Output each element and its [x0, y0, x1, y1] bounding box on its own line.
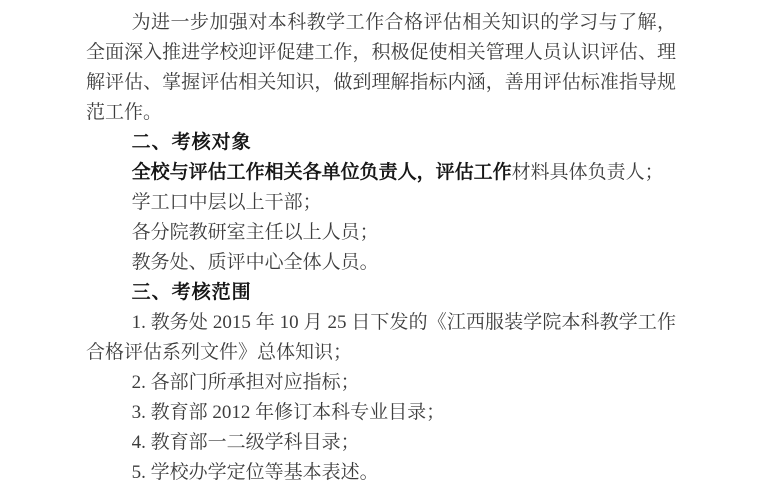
section-3-item-3: 3. 教育部 2012 年修订本科专业目录； — [86, 398, 676, 428]
section-2-responsible-normal-run: 材料具体负责人； — [512, 162, 664, 183]
section-2-heading: 二、考核对象 — [86, 128, 676, 158]
section-2-item-3: 教务处、质评中心全体人员。 — [86, 248, 676, 278]
section-2-item-1: 学工口中层以上干部； — [86, 188, 676, 218]
section-2-responsible-bold-run: 全校与评估工作相关各单位负责人，评估工作 — [132, 162, 512, 183]
section-3-item-1: 1. 教务处 2015 年 10 月 25 日下发的《江西服装学院本科教学工作合… — [86, 308, 676, 368]
section-3-item-2: 2. 各部门所承担对应指标； — [86, 368, 676, 398]
section-3-item-4: 4. 教育部一二级学科目录； — [86, 428, 676, 458]
section-2-item-2: 各分院教研室主任以上人员； — [86, 218, 676, 248]
section-2-responsible-line: 全校与评估工作相关各单位负责人，评估工作材料具体负责人； — [86, 158, 676, 188]
document-page: 为进一步加强对本科教学工作合格评估相关知识的学习与了解，全面深入推进学校迎评促建… — [0, 0, 761, 489]
intro-paragraph: 为进一步加强对本科教学工作合格评估相关知识的学习与了解，全面深入推进学校迎评促建… — [86, 8, 676, 128]
section-3-heading: 三、考核范围 — [86, 278, 676, 308]
section-3-item-5: 5. 学校办学定位等基本表述。 — [86, 458, 676, 488]
